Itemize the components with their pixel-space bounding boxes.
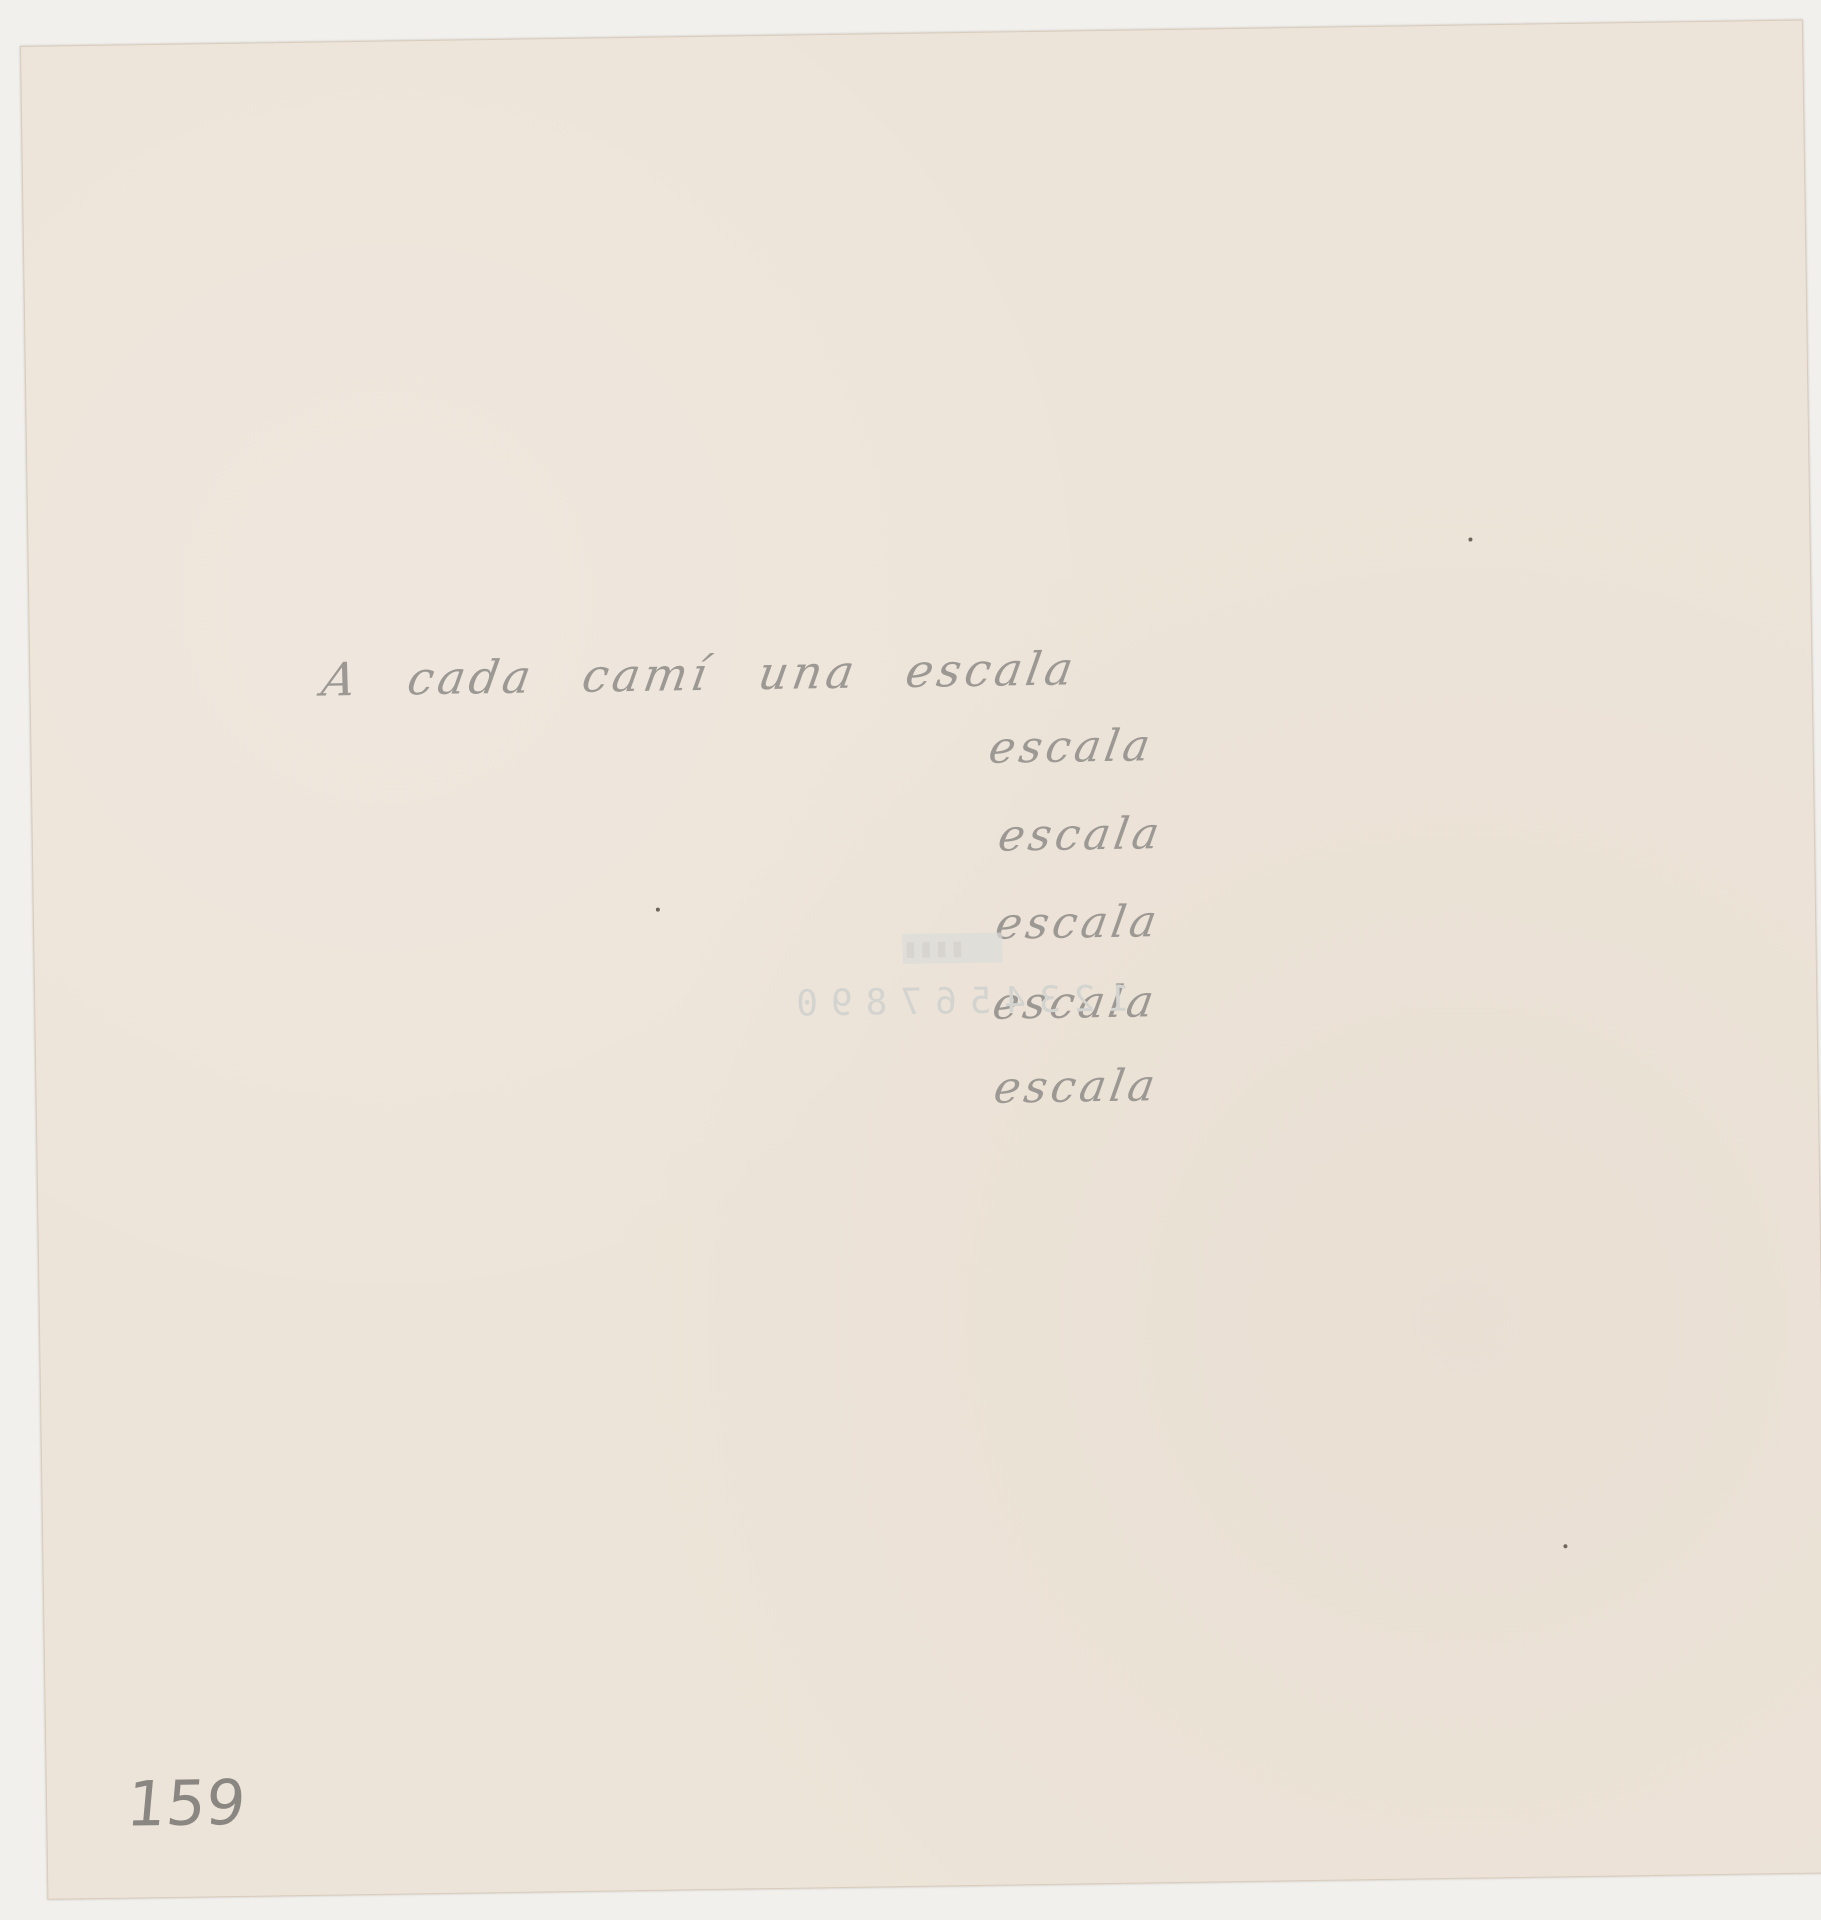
handwritten-first-line: A cada camí una escala — [318, 641, 1081, 706]
paper-speck — [1563, 1544, 1567, 1548]
paper-sheet: A cada camí una escala escala escala esc… — [20, 20, 1821, 1900]
paper-speck — [656, 908, 660, 912]
page-number: 159 — [124, 1766, 249, 1841]
handwritten-escala-5: escala — [990, 1060, 1162, 1114]
paper-speck — [1468, 538, 1472, 542]
handwritten-escala-3: escala — [992, 896, 1164, 950]
handwritten-escala-2: escala — [995, 808, 1167, 862]
bleed-through-stamp-numbers: 1234567890 — [783, 979, 1130, 1025]
bleed-through-stamp-mark: ▮▮▮▮ — [902, 933, 1002, 964]
handwritten-escala-1: escala — [985, 720, 1157, 774]
